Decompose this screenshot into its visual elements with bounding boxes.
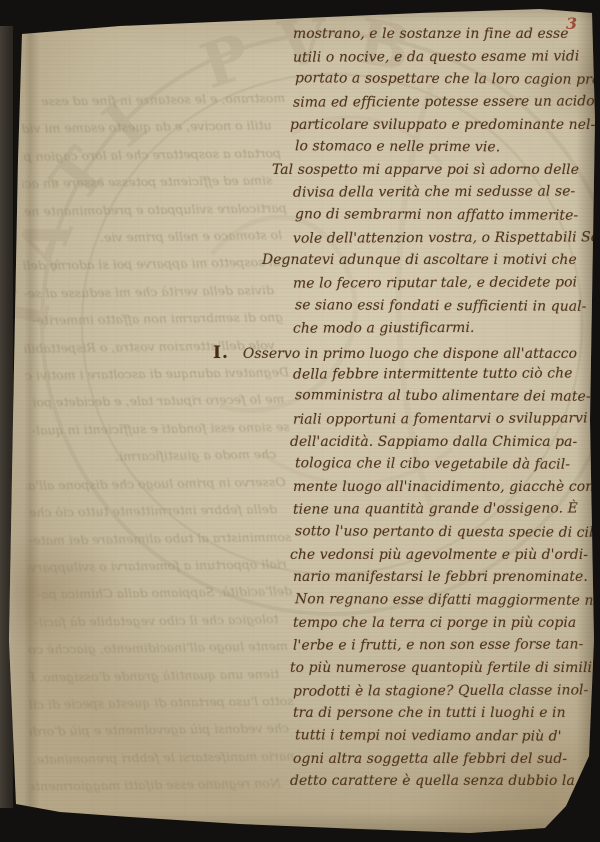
manuscript-line: me lo fecero riputar tale, e decidete po… bbox=[293, 274, 595, 298]
manuscript-line: somministra al tubo alimentare dei mate- bbox=[295, 387, 597, 411]
manuscript-line: tiene una quantità grande d'ossigeno. È bbox=[293, 501, 595, 525]
bleedthrough-line: somministra al tubo alimentare dei mate- bbox=[27, 523, 291, 554]
manuscript-page: TATI PVB mostrano, e le sostanze in fine… bbox=[0, 0, 600, 842]
bleedthrough-line: gno di sembrarmi non affatto immerite- bbox=[24, 303, 283, 334]
manuscript-line: vole dell'attenzion vostra, o Rispettabi… bbox=[293, 229, 595, 253]
underlying-page-edge bbox=[0, 26, 13, 808]
manuscript-line-text: Osservo in primo luogo che dispone all'a… bbox=[243, 346, 577, 362]
manuscript-line: tologica che il cibo vegetabile dà facil… bbox=[295, 455, 597, 479]
bleedthrough-line: Osservo in primo luogo che dispone all'a… bbox=[26, 468, 285, 499]
bleedthrough-line: mostrano, e le sostanze in fine ad esse bbox=[21, 84, 285, 115]
bleedthrough-line: sima ed efficiente potesse essere un aci… bbox=[22, 167, 272, 198]
bleedthrough-line: tologica che il cibo vegetabile dà facil… bbox=[28, 605, 278, 636]
manuscript-line: che modo a giustificarmi. bbox=[293, 320, 595, 344]
bleedthrough-line: se siano essi fondati e sufficienti in q… bbox=[26, 413, 290, 444]
manuscript-line: sotto l'uso pertanto di questa specie di… bbox=[295, 523, 597, 547]
bleedthrough-line: Tal sospetto mi apparve poi sì adorno de… bbox=[23, 249, 287, 280]
manuscript-line: prodotti è la stagione? Quella classe in… bbox=[293, 682, 595, 706]
bleedthrough-line: tiene una quantità grande d'ossigeno. È bbox=[29, 660, 279, 691]
paragraph-1: mostrano, e le sostanze in fine ad esse … bbox=[293, 26, 595, 162]
bleedthrough-line: me lo fecero riputar tale, e decidete po… bbox=[25, 386, 284, 417]
bleedthrough-line: dell'acidità. Sappiamo dalla Chimica pa- bbox=[28, 577, 292, 608]
manuscript-line: tempo che la terra ci porge in più copia bbox=[293, 615, 595, 638]
manuscript-line: divisa della verità che mi sedusse al se… bbox=[293, 184, 595, 208]
bleedthrough-line: particolare sviluppato e predominante ne… bbox=[23, 194, 287, 225]
manuscript-line: l'erbe e i frutti, e non son esse forse … bbox=[293, 637, 595, 661]
bleedthrough-line: utili o nocive, e da questo esame mi vid… bbox=[21, 112, 271, 143]
paragraph-3: Degnatevi adunque di ascoltare i motivi … bbox=[293, 252, 595, 343]
manuscript-line: lo stomaco e nelle prime vie. bbox=[295, 138, 597, 162]
manuscript-line: se siano essi fondati e sufficienti in q… bbox=[295, 297, 597, 321]
bleedthrough-line: che modo a giustificarmi. bbox=[26, 441, 276, 472]
bleedthrough-line: riali opportuni a fomentarvi o sviluppar… bbox=[28, 550, 287, 581]
manuscript-line: particolare sviluppato e predominante ne… bbox=[290, 117, 592, 140]
manuscript-text: mostrano, e le sostanze in fine ad esse … bbox=[293, 26, 595, 796]
manuscript-line: utili o nocive, e da questo esame mi vid… bbox=[293, 48, 595, 72]
bleedthrough-line: sotto l'uso pertanto di questa specie di… bbox=[29, 687, 293, 718]
manuscript-line: Non regnano esse difatti maggiormente ne… bbox=[295, 591, 597, 615]
manuscript-line: ogni altra soggetta alle febbri del sud- bbox=[293, 751, 595, 774]
manuscript-line: I.Osservo in primo luogo che dispone all… bbox=[213, 343, 595, 366]
bleedthrough-line: che vedonsi più agevolmente e più d'ordi… bbox=[30, 715, 289, 746]
photo-background: TATI PVB mostrano, e le sostanze in fine… bbox=[0, 0, 600, 842]
section-number: I. bbox=[213, 343, 229, 363]
bleedthrough-line: della febbre intermittente tutto ciò che bbox=[27, 495, 277, 526]
manuscript-line: che vedonsi più agevolmente e più d'ordi… bbox=[290, 547, 592, 570]
bleedthrough-line: portato a sospettare che la loro cagion … bbox=[22, 139, 281, 170]
paragraph-2: Tal sospetto mi apparve poi sì adorno de… bbox=[293, 162, 595, 253]
bleedthrough-line: Non regnano esse difatti maggiormente ne… bbox=[31, 769, 281, 800]
bleedthrough-line: nario manifestarsi le febbri prenominate… bbox=[30, 742, 294, 773]
manuscript-line: tra di persone che in tutti i luoghi e i… bbox=[293, 705, 595, 728]
manuscript-line: riali opportuni a fomentarvi o sviluppar… bbox=[293, 410, 595, 434]
manuscript-line: mente luogo all'inacidimento, giacchè co… bbox=[293, 479, 595, 502]
manuscript-line: nario manifestarsi le febbri prenominate… bbox=[293, 569, 595, 592]
manuscript-line: portato a sospettare che la loro cagion … bbox=[295, 71, 597, 95]
manuscript-line: dell'acidità. Sappiamo dalla Chimica pa- bbox=[290, 434, 592, 457]
manuscript-line: sima ed efficiente potesse essere un aci… bbox=[293, 93, 595, 117]
bleedthrough-line: mente luogo all'inacidimento, giacchè co… bbox=[29, 632, 288, 663]
manuscript-line: detto carattere è quella senza dubbio la bbox=[290, 773, 592, 796]
manuscript-line: mostrano, e le sostanze in fine ad esse bbox=[293, 26, 595, 49]
bleedthrough-line: lo stomaco e nelle prime vie. bbox=[23, 221, 282, 252]
bleedthrough-text: mostrano, e le sostanze in fine ad esseu… bbox=[21, 84, 295, 804]
manuscript-line: gno di sembrarmi non affatto immerite- bbox=[295, 206, 597, 230]
paragraph-4: I.Osservo in primo luogo che dispone all… bbox=[293, 343, 595, 796]
manuscript-line: della febbre intermittente tutto ciò che bbox=[293, 365, 595, 389]
manuscript-line: tutti i tempi noi vediamo andar più d' bbox=[295, 727, 597, 751]
manuscript-line: to più numerose quantopiù fertile di sim… bbox=[290, 660, 592, 683]
manuscript-line: Tal sospetto mi apparve poi sì adorno de… bbox=[272, 162, 595, 185]
bleedthrough-line: divisa della verità che mi sedusse al se… bbox=[24, 276, 274, 307]
manuscript-line: Degnatevi adunque di ascoltare i motivi … bbox=[262, 252, 595, 275]
